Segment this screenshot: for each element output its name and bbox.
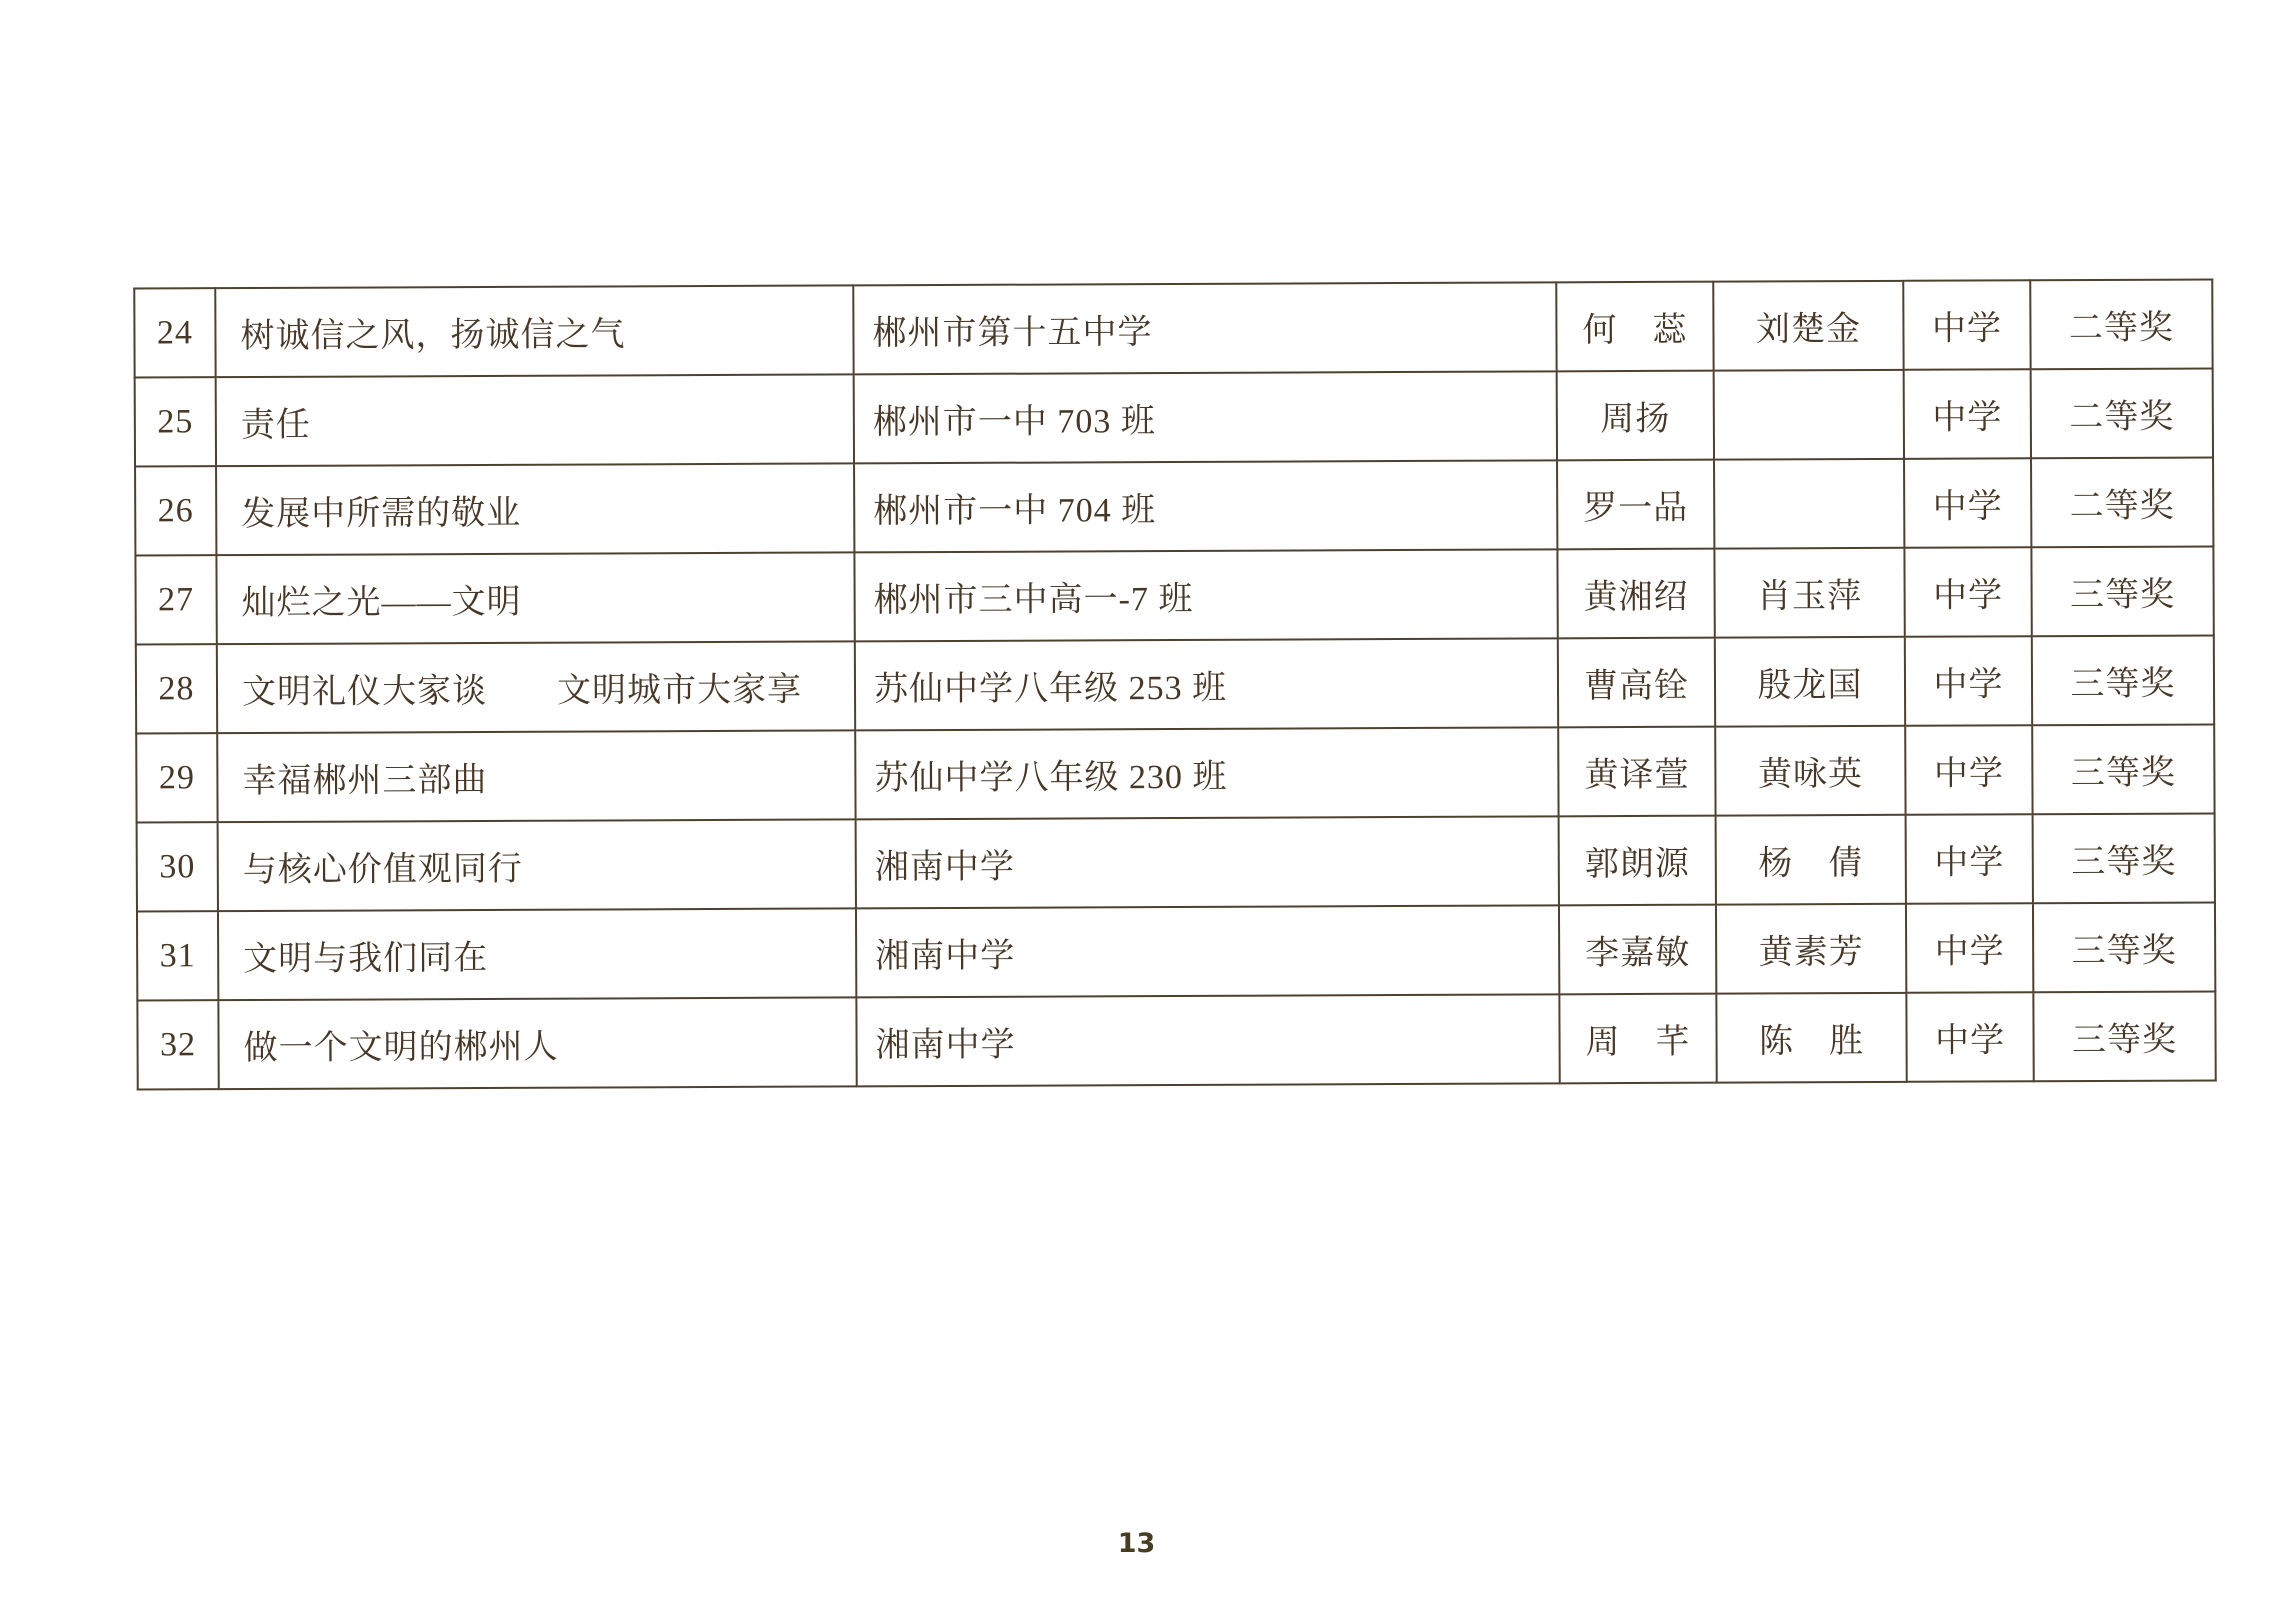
cell-author-1: 周 芊	[1559, 994, 1716, 1084]
cell-school-level: 中学	[1904, 458, 2031, 548]
cell-school-class: 苏仙中学八年级 230 班	[855, 727, 1558, 819]
cell-author-1: 郭朗源	[1559, 816, 1716, 906]
table-row: 29 幸福郴州三部曲 苏仙中学八年级 230 班 黄译萱 黄咏英 中学 三等奖	[136, 724, 2214, 822]
table-row: 31 文明与我们同在 湘南中学 李嘉敏 黄素芳 中学 三等奖	[137, 902, 2215, 1000]
cell-award: 三等奖	[2031, 546, 2213, 636]
cell-school-class: 郴州市三中高一-7 班	[854, 549, 1557, 641]
cell-row-number: 25	[135, 377, 216, 466]
cell-row-number: 27	[135, 555, 216, 644]
cell-author-2: 殷龙国	[1715, 637, 1905, 727]
cell-author-2: 刘楚金	[1713, 281, 1903, 371]
table-row: 26 发展中所需的敬业 郴州市一中 704 班 罗一品 中学 二等奖	[135, 457, 2213, 555]
cell-school-class: 郴州市一中 703 班	[854, 371, 1557, 463]
cell-author-1: 黄译萱	[1558, 727, 1715, 817]
cell-school-class: 郴州市一中 704 班	[854, 460, 1557, 552]
cell-author-1: 黄湘绍	[1557, 549, 1714, 639]
cell-essay-title: 责任	[216, 374, 854, 466]
cell-award: 三等奖	[2033, 813, 2215, 903]
cell-school-class: 郴州市第十五中学	[853, 282, 1556, 374]
cell-author-1: 周扬	[1557, 371, 1714, 461]
cell-school-level: 中学	[1904, 369, 2031, 459]
document-page: 24 树诚信之风，扬诚信之气 郴州市第十五中学 何 蕊 刘楚金 中学 二等奖 2…	[0, 0, 2273, 1609]
cell-school-level: 中学	[1906, 992, 2033, 1082]
cell-essay-title: 文明与我们同在	[218, 908, 856, 1000]
cell-school-level: 中学	[1904, 547, 2031, 637]
cell-school-level: 中学	[1906, 903, 2033, 993]
cell-award: 三等奖	[2033, 902, 2215, 992]
cell-award: 二等奖	[2031, 368, 2213, 458]
cell-school-class: 苏仙中学八年级 253 班	[855, 638, 1558, 730]
cell-school-class: 湘南中学	[856, 994, 1559, 1086]
cell-author-2: 肖玉萍	[1714, 548, 1904, 638]
cell-essay-title: 发展中所需的敬业	[216, 463, 854, 555]
cell-author-2: 陈 胜	[1716, 993, 1906, 1083]
cell-row-number: 26	[135, 466, 216, 555]
cell-essay-title: 做一个文明的郴州人	[218, 997, 856, 1089]
cell-essay-title: 灿烂之光——文明	[216, 552, 854, 644]
table-row: 24 树诚信之风，扬诚信之气 郴州市第十五中学 何 蕊 刘楚金 中学 二等奖	[134, 279, 2212, 377]
cell-school-level: 中学	[1905, 636, 2032, 726]
cell-award: 二等奖	[2030, 279, 2212, 369]
cell-author-1: 曹高铨	[1558, 638, 1715, 728]
cell-author-1: 何 蕊	[1556, 282, 1713, 372]
cell-award: 二等奖	[2031, 457, 2213, 547]
table-row: 30 与核心价值观同行 湘南中学 郭朗源 杨 倩 中学 三等奖	[137, 813, 2215, 911]
awards-table-container: 24 树诚信之风，扬诚信之气 郴州市第十五中学 何 蕊 刘楚金 中学 二等奖 2…	[133, 278, 2216, 1090]
cell-author-2: 黄咏英	[1715, 726, 1905, 816]
page-number: 13	[0, 1528, 2273, 1559]
cell-row-number: 32	[137, 1000, 218, 1089]
cell-author-2: 杨 倩	[1716, 815, 1906, 905]
table-row: 32 做一个文明的郴州人 湘南中学 周 芊 陈 胜 中学 三等奖	[137, 991, 2215, 1089]
cell-school-level: 中学	[1906, 814, 2033, 904]
cell-row-number: 30	[137, 822, 218, 911]
cell-essay-title: 树诚信之风，扬诚信之气	[215, 285, 853, 377]
cell-school-level: 中学	[1905, 725, 2032, 815]
cell-row-number: 24	[134, 288, 215, 377]
cell-school-class: 湘南中学	[856, 816, 1559, 908]
cell-author-1: 李嘉敏	[1559, 905, 1716, 995]
cell-author-2: 黄素芳	[1716, 904, 1906, 994]
table-row: 25 责任 郴州市一中 703 班 周扬 中学 二等奖	[135, 368, 2213, 466]
cell-row-number: 31	[137, 911, 218, 1000]
cell-award: 三等奖	[2033, 991, 2215, 1081]
cell-school-class: 湘南中学	[856, 905, 1559, 997]
cell-author-2	[1714, 459, 1904, 549]
cell-essay-title: 幸福郴州三部曲	[217, 730, 855, 822]
cell-award: 三等奖	[2032, 635, 2214, 725]
awards-table: 24 树诚信之风，扬诚信之气 郴州市第十五中学 何 蕊 刘楚金 中学 二等奖 2…	[133, 278, 2216, 1090]
cell-school-level: 中学	[1903, 280, 2030, 370]
table-row: 27 灿烂之光——文明 郴州市三中高一-7 班 黄湘绍 肖玉萍 中学 三等奖	[135, 546, 2213, 644]
cell-essay-title: 与核心价值观同行	[218, 819, 856, 911]
table-row: 28 文明礼仪大家谈 文明城市大家享 苏仙中学八年级 253 班 曹高铨 殷龙国…	[136, 635, 2214, 733]
awards-table-body: 24 树诚信之风，扬诚信之气 郴州市第十五中学 何 蕊 刘楚金 中学 二等奖 2…	[134, 279, 2215, 1089]
cell-essay-title: 文明礼仪大家谈 文明城市大家享	[217, 641, 855, 733]
cell-author-2	[1714, 370, 1904, 460]
cell-row-number: 29	[136, 733, 217, 822]
cell-row-number: 28	[136, 644, 217, 733]
cell-author-1: 罗一品	[1557, 460, 1714, 550]
cell-award: 三等奖	[2032, 724, 2214, 814]
